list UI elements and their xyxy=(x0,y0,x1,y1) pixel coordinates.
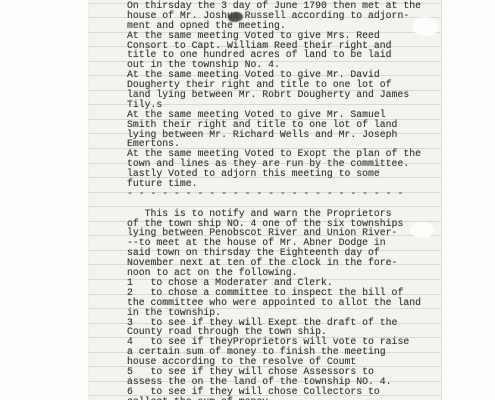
document-line: - - - - - - - - - - - - - - - - - - - - … xyxy=(127,189,421,199)
document-line: collect the sum of money xyxy=(127,397,421,400)
typewritten-text: On thirsday the 3 day of June 1790 then … xyxy=(127,1,421,400)
document-line: land lying between Mr. Robrt Dougherty a… xyxy=(127,90,421,100)
scanned-page: On thirsday the 3 day of June 1790 then … xyxy=(0,0,495,400)
